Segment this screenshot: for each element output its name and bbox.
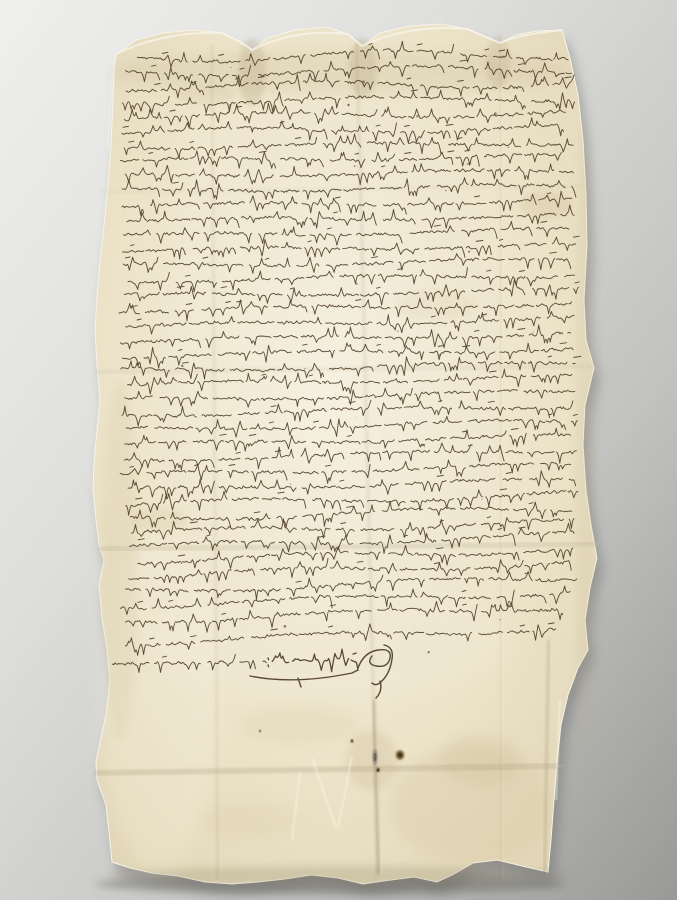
photo-backdrop: Photograph of a creased medieval parchme…: [0, 0, 677, 900]
manuscript-photo: [0, 0, 677, 900]
